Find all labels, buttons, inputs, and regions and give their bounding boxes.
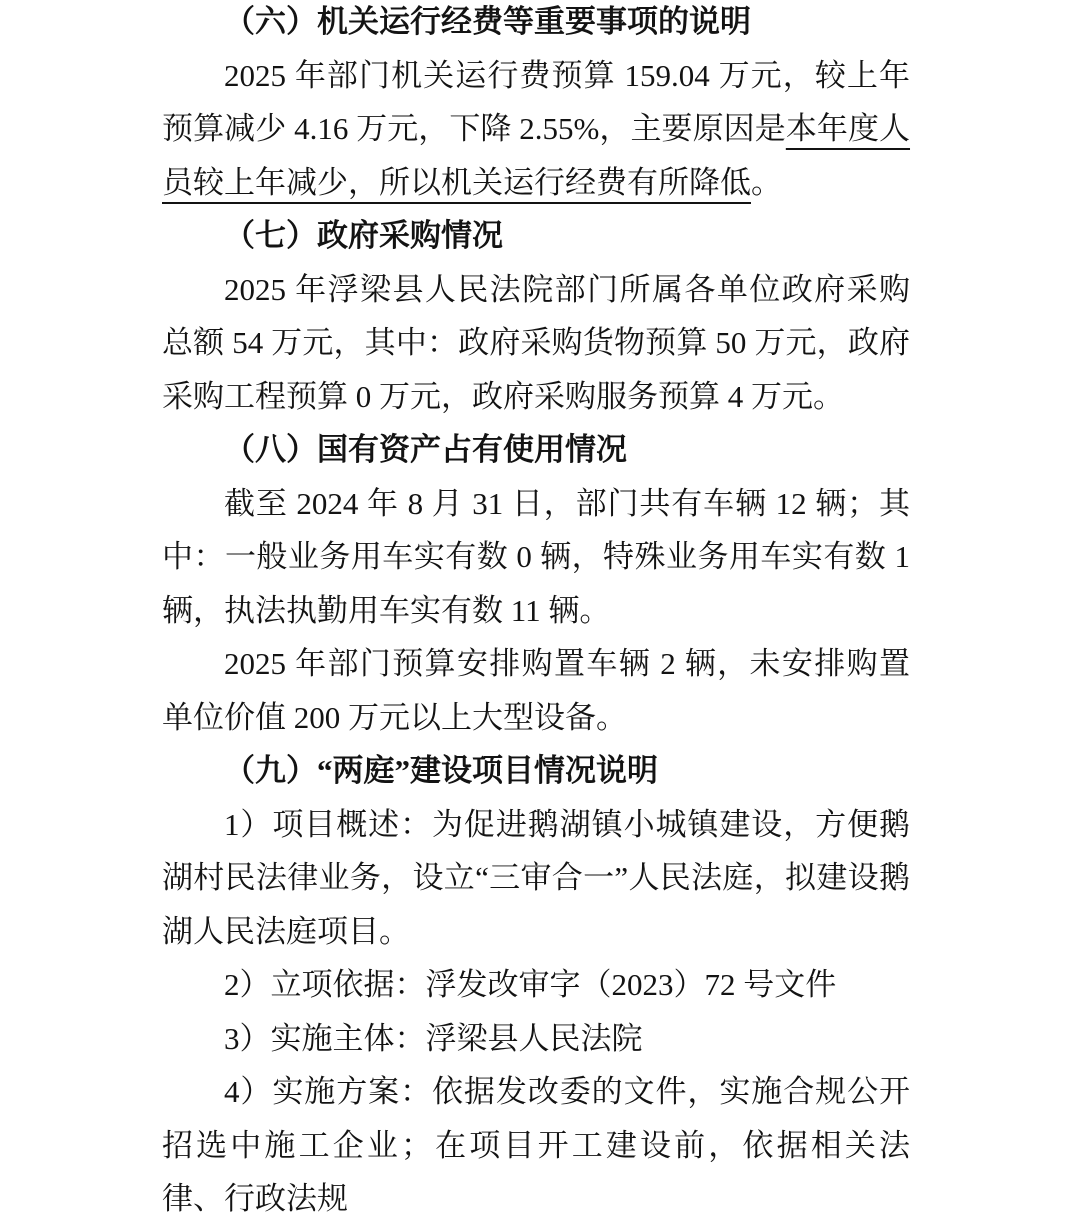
heading-state-owned-assets: （八）国有资产占有使用情况 (162, 423, 910, 477)
document-page: （六）机关运行经费等重要事项的说明 2025 年部门机关运行费预算 159.04… (162, 0, 910, 1178)
paragraph-procurement-totals: 2025 年浮梁县人民法院部门所属各单位政府采购总额 54 万元，其中：政府采购… (162, 263, 910, 424)
paragraph-project-overview: 1）项目概述：为促进鹅湖镇小城镇建设，方便鹅湖村民法律业务，设立“三审合一”人民… (162, 798, 910, 959)
heading-two-courts-project: （九）“两庭”建设项目情况说明 (162, 744, 910, 798)
heading-agency-operating-expenses: （六）机关运行经费等重要事项的说明 (162, 0, 910, 49)
paragraph-vehicle-holdings: 截至 2024 年 8 月 31 日，部门共有车辆 12 辆；其中：一般业务用车… (162, 477, 910, 638)
paragraph-vehicle-purchase-plan: 2025 年部门预算安排购置车辆 2 辆，未安排购置单位价值 200 万元以上大… (162, 637, 910, 744)
heading-government-procurement: （七）政府采购情况 (162, 209, 910, 263)
paragraph-text: 。 (751, 165, 782, 200)
paragraph-project-approval-basis: 2）立项依据：浮发改审字（2023）72 号文件 (162, 958, 910, 1012)
paragraph-implementation-plan: 4）实施方案：依据发改委的文件，实施合规公开招选中施工企业；在项目开工建设前，依… (162, 1065, 910, 1178)
paragraph-implementing-entity: 3）实施主体：浮梁县人民法院 (162, 1012, 910, 1066)
paragraph-operating-expenses-budget: 2025 年部门机关运行费预算 159.04 万元，较上年预算减少 4.16 万… (162, 49, 910, 210)
